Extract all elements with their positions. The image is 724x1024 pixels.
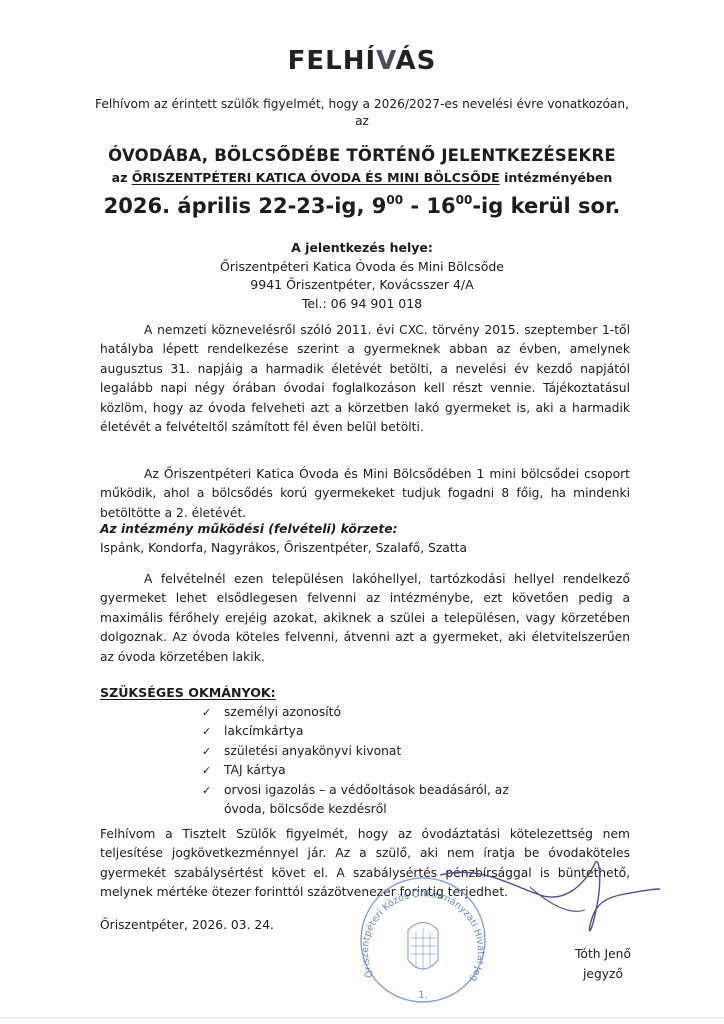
signer-role: jegyző [575,964,631,984]
check-icon: ✓ [202,703,211,722]
date-tail: -ig kerül sor. [472,194,620,218]
title-part: FELHÍ [288,46,377,76]
district-heading: Az intézmény működési (felvételi) körzet… [100,520,467,539]
paragraph-text: A felvételnél ezen településen lakóhelly… [100,572,630,664]
start-minutes: 00 [386,193,403,207]
check-icon: ✓ [202,722,211,741]
signer-name: Tóth Jenő [575,944,631,964]
required-docs-list: ✓személyi azonosító ✓lakcímkártya ✓szüle… [202,703,532,819]
list-item-text: lakcímkártya [224,724,303,738]
district-settlements: Ispánk, Kondorfa, Nagyrákos, Őriszentpét… [100,539,467,558]
list-item-text: TAJ kártya [224,763,286,777]
page-bottom-edge [0,1017,724,1019]
institution-name: ŐRISZENTPÉTERI KATICA ÓVODA ÉS MINI BÖLC… [132,170,500,185]
required-docs-heading: SZÜKSÉGES OKMÁNYOK: [100,685,276,700]
place-and-date: Őriszentpéter, 2026. 03. 24. [100,918,274,932]
end-minutes: 00 [456,193,473,207]
list-item: ✓orvosi igazolás – a védőoltások beadásá… [202,781,532,820]
intro-line: az [0,113,724,130]
place-name: Őriszentpéteri Katica Óvoda és Mini Bölc… [0,258,724,277]
institution-line: az ŐRISZENTPÉTERI KATICA ÓVODA ÉS MINI B… [0,170,724,185]
place-address: 9941 Őriszentpéter, Kovácsszer 4/A [0,276,724,295]
paragraph-text: Az Őriszentpéteri Katica Óvoda és Mini B… [100,467,630,520]
list-item: ✓személyi azonosító [202,703,532,722]
place-phone: Tel.: 06 94 901 018 [0,295,724,314]
paragraph-nursery: Az Őriszentpéteri Katica Óvoda és Mini B… [100,465,630,523]
headline: ÓVODÁBA, BÖLCSŐDÉBE TÖRTÉNŐ JELENTKEZÉSE… [0,146,724,165]
paragraph-law: A nemzeti köznevelésről szóló 2011. évi … [100,321,630,437]
signer-block: Tóth Jenő jegyző [575,944,631,984]
place-heading: A jelentkezés helye: [0,239,724,258]
document-title: FELHÍVÁS [0,46,724,76]
list-item-text: születési anyakönyvi kivonat [224,744,401,758]
registration-date: 2026. április 22-23-ig, 900 - 1600-ig ke… [0,193,724,218]
list-item: ✓születési anyakönyvi kivonat [202,742,532,761]
registration-place: A jelentkezés helye: Őriszentpéteri Kati… [0,239,724,313]
intro-text: Felhívom az érintett szülők figyelmét, h… [0,96,724,130]
title-part-accent: V [376,46,395,76]
paragraph-text: A nemzeti köznevelésről szóló 2011. évi … [100,323,630,434]
list-item-text: személyi azonosító [224,705,341,719]
list-item: ✓TAJ kártya [202,761,532,780]
title-part: ÁS [396,46,437,76]
subline-suffix: intézményében [504,170,612,185]
intro-line: Felhívom az érintett szülők figyelmét, h… [0,96,724,113]
district-section: Az intézmény működési (felvételi) körzet… [100,520,467,559]
paragraph-admission: A felvételnél ezen településen lakóhelly… [100,570,630,667]
list-item-text: orvosi igazolás – a védőoltások beadásár… [224,783,509,816]
check-icon: ✓ [202,781,211,800]
date-text: 2026. április 22-23-ig, 9 [104,194,387,218]
check-icon: ✓ [202,761,211,780]
stamp-number: 1. [418,990,428,1001]
list-item: ✓lakcímkártya [202,722,532,741]
end-hour: - 16 [403,194,456,218]
check-icon: ✓ [202,742,211,761]
subline-prefix: az [112,170,128,185]
document-page: FELHÍVÁS Felhívom az érintett szülők fig… [0,0,724,1024]
signature-icon [420,855,660,945]
